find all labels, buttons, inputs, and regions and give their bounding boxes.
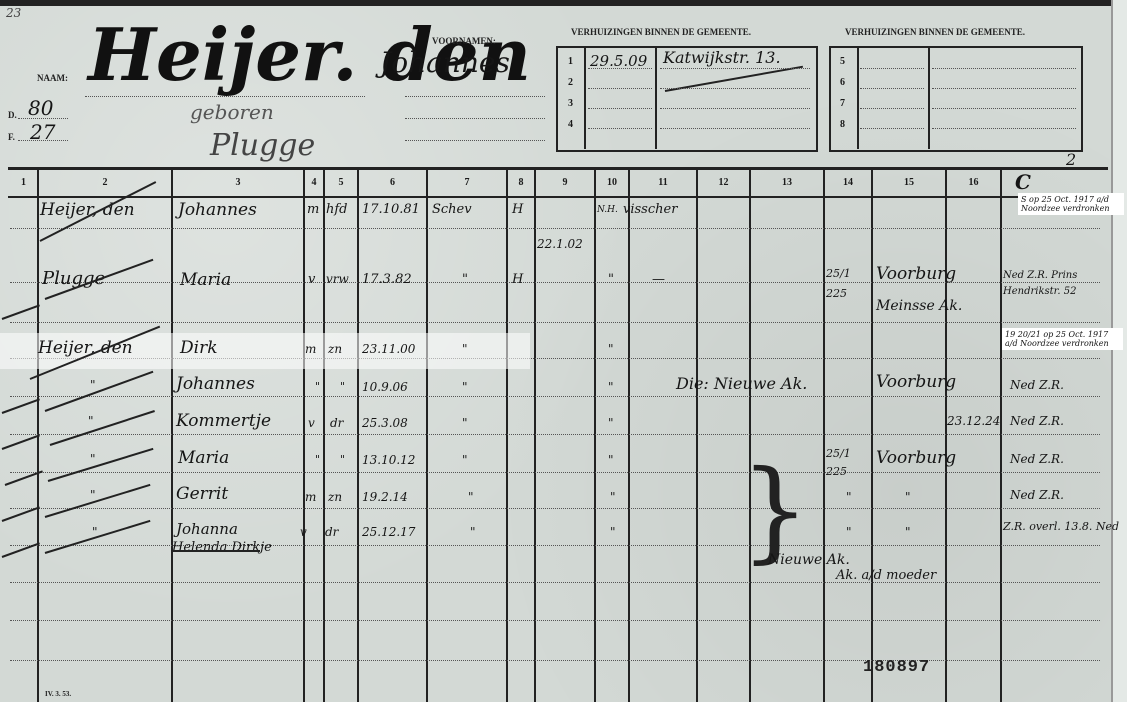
row-surname: " xyxy=(90,452,96,466)
row-first-name-correction: Helenda Dirkje xyxy=(172,540,272,555)
row-col15: Voorburg xyxy=(876,448,956,468)
row-religion: " xyxy=(608,453,614,467)
row-first-name: Maria xyxy=(180,270,231,290)
row-col14: " xyxy=(846,490,852,504)
row-remark: Ned Z.R. xyxy=(1010,414,1064,428)
column-header: 15 xyxy=(873,177,945,188)
born-name: Plugge xyxy=(210,128,315,163)
row-surname: " xyxy=(88,414,94,428)
row-col15: Voorburg xyxy=(876,264,956,284)
row-col16: 23.12.24 xyxy=(947,414,1000,428)
moves-title-right: VERHUIZINGEN BINNEN DE GEMEENTE. xyxy=(845,27,1025,37)
column-header: 13 xyxy=(751,177,823,188)
row-sex: v xyxy=(308,416,315,430)
column-header: 11 xyxy=(630,177,696,188)
row-relation: vrw xyxy=(326,272,349,286)
row-relation: zn xyxy=(328,342,342,356)
born-label: geboren xyxy=(190,100,274,124)
move-number: 4 xyxy=(568,119,573,130)
column-header: 8 xyxy=(508,177,534,188)
row-marriage-date: 22.1.02 xyxy=(537,237,583,251)
corner-number: 23 xyxy=(6,6,21,20)
row-remark: Ned Z.R. Prins Hendrikstr. 52 xyxy=(1003,268,1123,300)
moves-title-left: VERHUIZINGEN BINNEN DE GEMEENTE. xyxy=(571,27,751,37)
row-birth-date: 23.11.00 xyxy=(362,342,415,356)
row-col14: 25/1 225 xyxy=(826,445,870,481)
column-header: 3 xyxy=(173,177,303,188)
row-relation: " xyxy=(340,380,345,393)
row-birth-date: 13.10.12 xyxy=(362,453,415,467)
row-birthplace: " xyxy=(470,525,476,539)
row-sex: v xyxy=(308,272,315,287)
row-sex: v xyxy=(300,525,307,539)
row-birth-date: 10.9.06 xyxy=(362,380,408,394)
row-relation: dr xyxy=(330,416,343,430)
row-col14: " xyxy=(846,525,852,539)
move-1-address: Katwijkstr. 13. xyxy=(663,48,781,67)
top-right-superscript: 2 xyxy=(1066,150,1076,169)
column-header: 10 xyxy=(596,177,628,188)
row-birthplace: Schev xyxy=(432,202,472,217)
column-header: 7 xyxy=(428,177,506,188)
row-birth-date: 17.3.82 xyxy=(362,272,412,287)
d-value: 80 xyxy=(28,96,53,120)
row-sex: " xyxy=(315,453,320,466)
row-birthplace: " xyxy=(468,490,474,504)
row-remark: Ned Z.R. xyxy=(1010,452,1064,466)
column-header: 1 xyxy=(10,177,37,188)
name-strikethrough xyxy=(172,550,260,552)
row-first-name: Maria xyxy=(178,448,229,468)
row-first-name: Kommertje xyxy=(176,411,271,431)
table-top-rule xyxy=(8,167,1108,170)
row-religion: " xyxy=(610,490,616,504)
row-col15-extra: Meinsse Ak. xyxy=(876,298,962,314)
column-header: 14 xyxy=(825,177,871,188)
row-col8: H xyxy=(512,272,523,287)
row-col14: 25/1 225 xyxy=(826,264,870,304)
moves-box-right xyxy=(829,46,1083,152)
remark-note-dirk: 19 20/21 op 25 Oct. 1917 a/d Noordzee ve… xyxy=(1002,328,1123,350)
row-sex: " xyxy=(315,380,320,393)
row-first-name: Gerrit xyxy=(176,484,228,504)
move-number: 1 xyxy=(568,56,573,67)
bracket-note-2: Ak. a/d moeder xyxy=(836,568,936,583)
column-header: 6 xyxy=(359,177,426,188)
d-label: D. xyxy=(8,110,17,120)
move-number: 8 xyxy=(840,119,845,130)
row-birthplace: " xyxy=(462,272,468,287)
row-col15: " xyxy=(905,525,911,539)
row-occupation: — xyxy=(652,272,665,287)
card-right-edge xyxy=(1111,0,1127,702)
bracket-brace: } xyxy=(740,455,810,565)
column-header: 4 xyxy=(305,177,323,188)
row-occupation: visscher xyxy=(623,202,677,217)
row-col15: " xyxy=(905,490,911,504)
row-birthplace: " xyxy=(462,380,468,394)
row-birth-date: 25.3.08 xyxy=(362,416,408,430)
row-remark: Ned Z.R. xyxy=(1010,488,1064,502)
move-number: 3 xyxy=(568,98,573,109)
row-religion: " xyxy=(608,342,614,356)
f-label: F. xyxy=(8,132,15,142)
row-religion: " xyxy=(610,525,616,539)
serial-number: 180897 xyxy=(863,658,930,677)
move-number: 7 xyxy=(840,98,845,109)
top-right-mark: C xyxy=(1015,170,1031,194)
card-top-edge xyxy=(0,0,1127,6)
row-first-name: Johannes xyxy=(178,200,257,220)
row-col15: Voorburg xyxy=(876,372,956,392)
row-birthplace: " xyxy=(462,416,468,430)
row-first-name: Johanna xyxy=(176,520,238,538)
column-header: 12 xyxy=(698,177,749,188)
row-col8: H xyxy=(512,202,523,217)
row-religion: " xyxy=(608,272,614,287)
row-birth-date: 19.2.14 xyxy=(362,490,408,504)
row-religion: " xyxy=(608,416,614,430)
move-number: 6 xyxy=(840,77,845,88)
row-birthplace: " xyxy=(462,342,468,356)
remark-note-drowned: S op 25 Oct. 1917 a/d Noordzee verdronke… xyxy=(1018,193,1124,215)
row-sex: m xyxy=(305,490,316,504)
row-birth-date: 25.12.17 xyxy=(362,525,415,539)
column-header: 16 xyxy=(947,177,1000,188)
row-relation: hfd xyxy=(326,202,348,217)
given-names: Johannes xyxy=(380,46,510,79)
column-header: 5 xyxy=(325,177,357,188)
row-remark: Ned Z.R. xyxy=(1010,378,1064,392)
row-religion: " xyxy=(608,380,614,394)
naam-label: NAAM: xyxy=(37,73,68,83)
row-relation: " xyxy=(340,453,345,466)
row-sex: m xyxy=(307,202,319,217)
table-header-rule xyxy=(8,196,1108,198)
row-sex: m xyxy=(305,342,316,356)
row-religion: N.H. xyxy=(597,205,618,215)
row-remark: Z.R. overl. 13.8. Ned xyxy=(1003,520,1119,533)
row-relation: dr xyxy=(325,525,338,539)
row-first-name: Johannes xyxy=(176,374,255,394)
move-number: 5 xyxy=(840,56,845,67)
row-birth-date: 17.10.81 xyxy=(362,202,420,217)
row-first-name: Dirk xyxy=(180,338,218,358)
row-relation: zn xyxy=(328,490,342,504)
column-header: 9 xyxy=(536,177,594,188)
move-number: 2 xyxy=(568,77,573,88)
bracket-note: Nieuwe Ak. xyxy=(768,552,850,568)
form-code: IV. 3. 53. xyxy=(45,690,71,698)
row-birthplace: " xyxy=(462,453,468,467)
population-register-card: 23 NAAM: Heijer. den VOORNAMEN: Johannes… xyxy=(0,0,1127,702)
voornamen-label: VOORNAMEN: xyxy=(432,36,496,46)
row-surname: " xyxy=(90,378,96,392)
row-occupation: Die: Nieuwe Ak. xyxy=(676,374,807,393)
